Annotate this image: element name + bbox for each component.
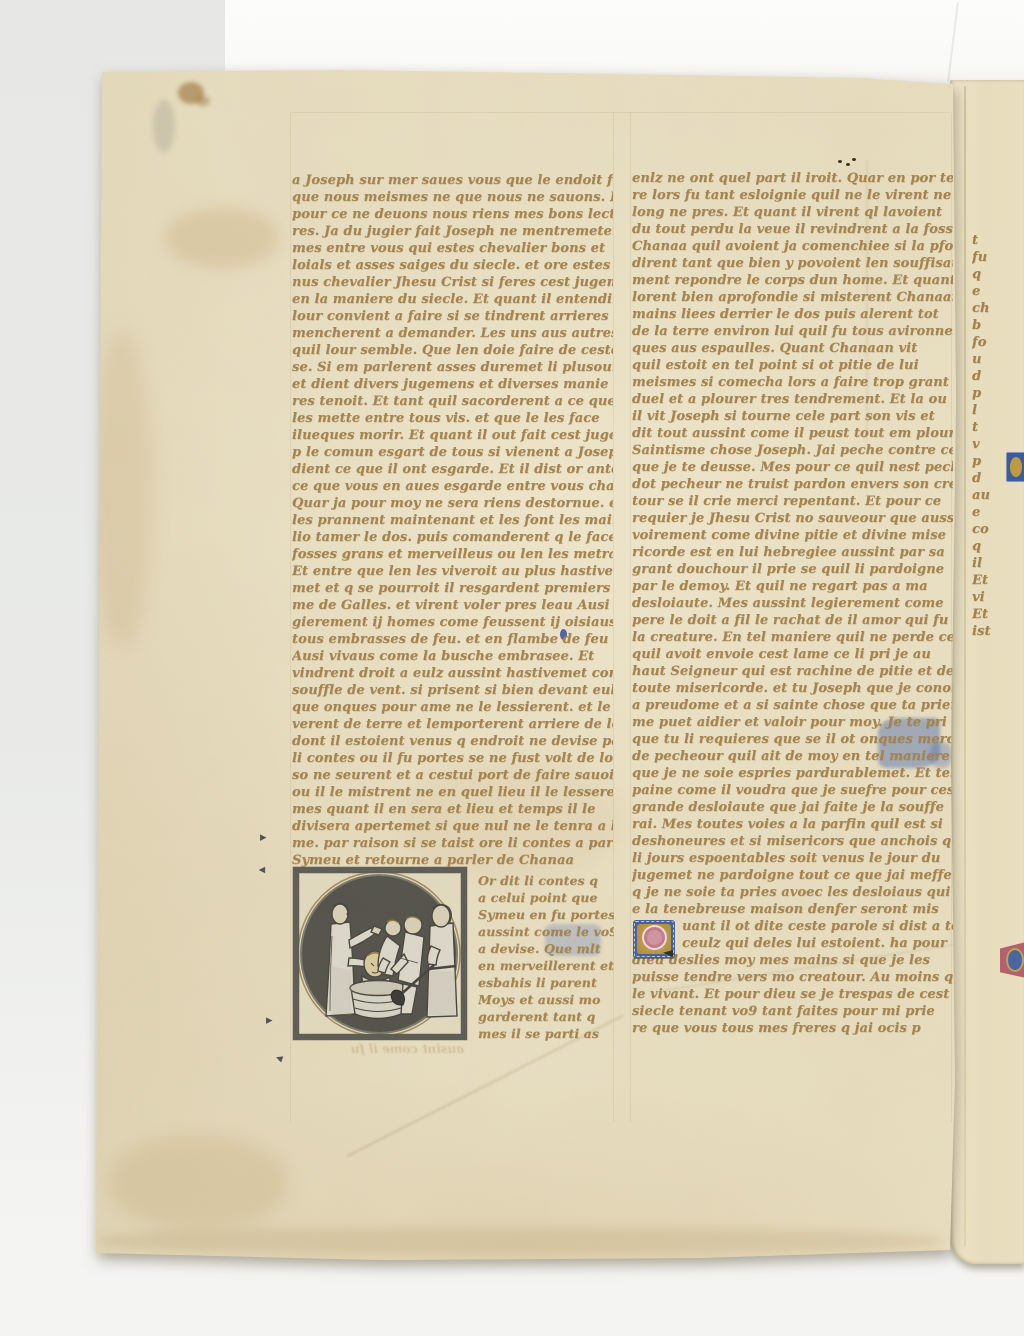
text-line: res tenoit. Et tant quil sacorderent a c…	[292, 393, 613, 410]
text-line: a preudome et a si sainte chose que ta p…	[632, 697, 953, 714]
text-line: a celui point que	[478, 889, 614, 906]
miniature-illustration	[292, 866, 468, 1041]
text-line: jugemet ne pardoigne tout ce que jai mef…	[632, 867, 953, 884]
text-line: Moys et aussi mo	[478, 991, 614, 1008]
ruling-line	[630, 112, 631, 1122]
text-line: q je ne soie ta pries avoec les desloiau…	[632, 884, 953, 901]
text-line: uant il ot dite ceste parole si dist a t…	[632, 918, 953, 935]
text-line: que nous meismes ne que nous ne sauons. …	[292, 189, 613, 206]
text-line: li jours espoentables soit venus le jour…	[632, 850, 953, 867]
text-line: toute misericorde. et tu Joseph que je c…	[632, 680, 953, 697]
text-line: mains liees derrier le dos puis alerent …	[632, 306, 953, 323]
text-line: dirent tant que bien y povoient len souf…	[632, 255, 953, 272]
smudge	[153, 100, 175, 152]
text-line: me puet aidier et valoir pour moy. Je te…	[632, 714, 953, 731]
text-line: par le demoy. Et quil ne regart pas a ma	[632, 578, 953, 595]
text-line: Et entre que len les viveroit au plus ha…	[292, 563, 613, 580]
text-line: le vivant. Et pour dieu se je trespas de…	[632, 986, 953, 1003]
text-line: Symeu en fu portes	[478, 906, 614, 923]
ink-fleck	[838, 160, 842, 163]
text-line: tous embrasses de feu. et en flambe de f…	[292, 631, 613, 648]
text-line: dont il estoient venus q endroit ne devi…	[292, 733, 613, 750]
text-line: re que vous tous mes freres q jai ocis p	[632, 1020, 953, 1037]
text-line: me de Galles. et virent voler pres leau …	[292, 597, 613, 614]
text-line: que tu li requieres que se il ot onques …	[632, 731, 953, 748]
text-line: p le comun esgart de tous si vienent a J…	[292, 444, 613, 461]
text-line: les prannent maintenant et les font les …	[292, 512, 613, 529]
text-line: lour convient a faire si se tindrent arr…	[292, 308, 613, 325]
text-line: mes entre vous qui estes chevalier bons …	[292, 240, 613, 257]
margin-mark-tick: ▾	[255, 867, 267, 874]
text-line: divisera apertemet si que nul ne le tenr…	[292, 818, 613, 835]
text-line: voirement come divine pitie et divine mi…	[632, 527, 953, 544]
text-line: so ne seurent et a cestui port de faire …	[292, 767, 613, 784]
text-line: Or dit li contes q	[478, 872, 614, 889]
text-line: met et q se pourroit il resgardent premi…	[292, 580, 613, 597]
text-line: dit tout aussint come il peust tout em p…	[632, 425, 953, 442]
text-line: que je ne soie espries pardurablemet. Et…	[632, 765, 953, 782]
text-line: loials et asses saiges du siecle. et ore…	[292, 257, 613, 274]
text-line: en la maniere du siecle. Et quant il ent…	[292, 291, 613, 308]
text-line: ce que vous en aues esgarde entre vous c…	[292, 478, 613, 495]
text-line: gierement ij homes come feussent ij oisi…	[292, 614, 613, 631]
bleed-through-text: ausint come il fu	[296, 1042, 464, 1057]
text-line: siecle tenant vo9 tant faites pour mi pr…	[632, 1003, 953, 1020]
text-line: tour se il crie merci repentant. Et pour…	[632, 493, 953, 510]
folio-wrap: a Joseph sur mer saues vous que le endoi…	[0, 0, 1024, 1336]
text-line: quil lour semble. Que len doie faire de …	[292, 342, 613, 359]
text-line: rai. Mes toutes voies a la parfin quil e…	[632, 816, 953, 833]
text-line: duel et a plourer tres tendrement. Et la…	[632, 391, 953, 408]
text-line: nus chevalier Jhesu Crist si feres cest …	[292, 274, 613, 291]
text-line: en merveillerent et	[478, 957, 614, 974]
text-line: a Joseph sur mer saues vous que le endoi…	[292, 172, 613, 189]
decorated-initial-Q	[633, 920, 675, 958]
text-line: il vit Joseph si tourne cele part son vi…	[632, 408, 953, 425]
text-line: enlz ne ont quel part il iroit. Quar en …	[632, 170, 953, 187]
text-line: se. Si em parlerent asses duremet li plu…	[292, 359, 613, 376]
text-line: mes quant il en sera et lieu et temps il…	[292, 801, 613, 818]
stain	[92, 330, 152, 650]
stain	[108, 1135, 288, 1230]
ink-fleck	[852, 158, 856, 161]
text-line: meismes si comecha lors a faire trop gra…	[632, 374, 953, 391]
ruling-line	[292, 112, 950, 113]
text-line: Quar ja pour moy ne sera riens destornue…	[292, 495, 613, 512]
text-line: requier je Jhesu Crist no sauveour que a…	[632, 510, 953, 527]
text-line: ricorde est en lui hebregiee aussint par…	[632, 544, 953, 561]
text-line: re lors fu tant esloignie quil ne le vir…	[632, 187, 953, 204]
text-line: Saintisme chose Joseph. Jai peche contre…	[632, 442, 953, 459]
text-line: li contes ou il fu portes se ne fust vol…	[292, 750, 613, 767]
text-line: de pecheour quil ait de moy en tel manie…	[632, 748, 953, 765]
text-line: quil estoit en tel point si ot pitie de …	[632, 357, 953, 374]
text-line: grande desloiaute que jai faite je la so…	[632, 799, 953, 816]
miniature	[292, 866, 468, 1041]
text-line: Chanaa quil avoient ja comenchiee si la …	[632, 238, 953, 255]
text-line: ou il le mistrent ne en quel lieu il le …	[292, 784, 613, 801]
text-line: la creature. En tel maniere quil ne perd…	[632, 629, 953, 646]
text-line: pere le doit a fil le rachat de il amor …	[632, 612, 953, 629]
text-line: desloiaute. Mes aussint legierement come	[632, 595, 953, 612]
stain	[100, 1228, 940, 1254]
text-line: du tout perdu la veue il revindrent a la…	[632, 221, 953, 238]
ruling-line	[290, 112, 291, 1122]
text-line: puisse tendre vers mo creatour. Au moins…	[632, 969, 953, 986]
text-line: ilueques morir. Et quant il out fait ces…	[292, 427, 613, 444]
text-line: ceulz qui deles lui estoient. ha pour	[632, 935, 953, 952]
text-line: lio tamer le dos. puis comanderent q le …	[292, 529, 613, 546]
text-line: dieu deslies moy mes mains si que je les	[632, 952, 953, 969]
text-column-b: enlz ne ont quel part il iroit. Quar en …	[632, 170, 953, 1037]
ink-fleck	[846, 163, 850, 166]
text-line: me. par raison si se taist ore li contes…	[292, 835, 613, 852]
text-line: souffle de vent. si prisent si bien deva…	[292, 682, 613, 699]
text-line: quil avoit envoie cest lame ce li pri je…	[632, 646, 953, 663]
text-line: mencherent a demander. Les uns aus autre…	[292, 325, 613, 342]
text-line: Ausi vivaus come la busche embrasee. Et	[292, 648, 613, 665]
text-line: que onques pour ame ne le lessierent. et…	[292, 699, 613, 716]
margin-mark-flag: ▸	[260, 832, 267, 844]
initial-letter-body	[642, 925, 667, 950]
text-column-a-beside-miniature: Or dit li contes qa celui point queSymeu…	[478, 872, 614, 1042]
text-line: ques aus espaulles. Quant Chanaan vit	[632, 340, 953, 357]
text-line: a devise. Que mlt	[478, 940, 614, 957]
manuscript-photo: { "folio": { "column_a": { "lines": [ "a…	[0, 0, 1024, 1336]
manuscript-page: a Joseph sur mer saues vous que le endoi…	[0, 0, 1024, 1336]
text-line: res. Ja du jugier fait Joseph ne mentrem…	[292, 223, 613, 240]
text-line: long ne pres. Et quant il virent ql lavo…	[632, 204, 953, 221]
margin-mark-arrowhead: ▸	[274, 1051, 284, 1065]
text-line: garderent tant q	[478, 1008, 614, 1025]
margin-mark-arrow: ▸	[266, 1015, 273, 1027]
text-line: haut Seigneur qui est rachine de pitie e…	[632, 663, 953, 680]
text-line: de la terre environ lui quil fu tous avi…	[632, 323, 953, 340]
text-line: esbahis li parent	[478, 974, 614, 991]
stain	[165, 208, 280, 268]
text-line: vindrent droit a eulz aussint hastivemet…	[292, 665, 613, 682]
text-line: et dient divers jugemens et diverses man…	[292, 376, 613, 393]
text-line: lorent bien aprofondie si misterent Chan…	[632, 289, 953, 306]
text-line: les mette entre tous vis. et que le les …	[292, 410, 613, 427]
text-line: ment repondre le corps dun home. Et quan…	[632, 272, 953, 289]
text-line: dot pecheur ne truist pardon envers son …	[632, 476, 953, 493]
text-column-a: a Joseph sur mer saues vous que le endoi…	[292, 172, 613, 869]
text-line: fosses grans et merveilleus ou len les m…	[292, 546, 613, 563]
text-line: dient ce que il ont esgarde. Et il dist …	[292, 461, 613, 478]
text-line: paine come il voudra que je suefre pour …	[632, 782, 953, 799]
text-line: pour ce ne deuons nous riens mes bons le…	[292, 206, 613, 223]
text-line: mes il se parti as	[478, 1025, 614, 1042]
text-line: deshoneures et si misericors que anchois…	[632, 833, 953, 850]
text-line: que je te deusse. Mes pour ce quil nest …	[632, 459, 953, 476]
stain	[196, 96, 210, 106]
text-line: e la tenebreuse maison denfer seront mis	[632, 901, 953, 918]
text-line: aussint come le vo9	[478, 923, 614, 940]
text-line: verent de terre et lemporterent arriere …	[292, 716, 613, 733]
text-line: grant douchour il prie se quil li pardoi…	[632, 561, 953, 578]
